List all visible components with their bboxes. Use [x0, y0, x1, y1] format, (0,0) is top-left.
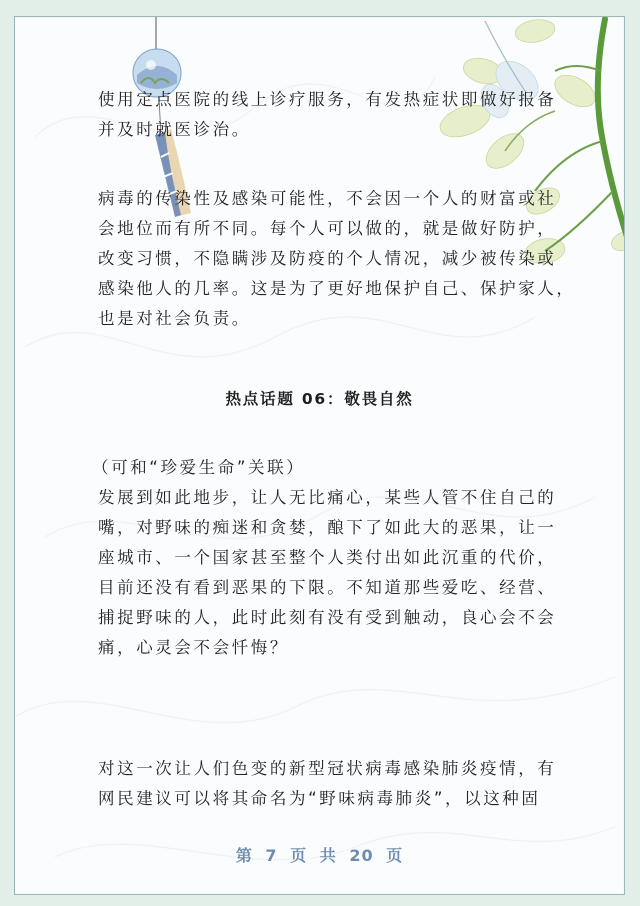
text-line: 捕捉野味的人，此时此刻有没有受到触动，良心会不会	[98, 603, 568, 633]
text-line: 会地位而有所不同。每个人可以做的，就是做好防护，	[98, 214, 568, 244]
text-line: 也是对社会负责。	[98, 304, 568, 334]
current-page: 7	[265, 846, 277, 865]
page-suffix: 页	[386, 846, 403, 865]
paragraph-3: （可和“珍爱生命”关联） 发展到如此地步，让人无比痛心，某些人管不住自己的 嘴，…	[98, 453, 568, 663]
text-line: 改变习惯，不隐瞒涉及防疫的个人情况，减少被传染或	[98, 244, 568, 274]
total-word: 共	[320, 846, 337, 865]
text-line: 网民建议可以将其命名为“野味病毒肺炎”，以这种固	[98, 784, 568, 814]
text-line: 对这一次让人们色变的新型冠状病毒感染肺炎疫情，有	[98, 754, 568, 784]
text-line: 嘴，对野味的痴迷和贪婪，酿下了如此大的恶果，让一	[98, 513, 568, 543]
text-line: 使用定点医院的线上诊疗服务，有发热症状即做好报备	[98, 85, 568, 115]
text-line-note: （可和“珍爱生命”关联）	[92, 453, 568, 483]
text-line: 痛，心灵会不会忏悔？	[98, 633, 568, 663]
page-prefix: 第	[236, 846, 253, 865]
paragraph-1: 使用定点医院的线上诊疗服务，有发热症状即做好报备 并及时就医诊治。	[98, 85, 568, 145]
total-pages: 20	[349, 846, 373, 865]
page-frame: 使用定点医院的线上诊疗服务，有发热症状即做好报备 并及时就医诊治。 病毒的传染性…	[14, 16, 625, 895]
text-line: 发展到如此地步，让人无比痛心，某些人管不住自己的	[98, 483, 568, 513]
text-line: 座城市、一个国家甚至整个人类付出如此沉重的代价，	[98, 543, 568, 573]
section-heading: 热点话题 06：敬畏自然	[15, 387, 624, 409]
paragraph-2: 病毒的传染性及感染可能性，不会因一个人的财富或社 会地位而有所不同。每个人可以做…	[98, 184, 568, 334]
page-number: 第 7 页 共 20 页	[15, 843, 624, 866]
text-line: 并及时就医诊治。	[98, 115, 568, 145]
text-line: 病毒的传染性及感染可能性，不会因一个人的财富或社	[98, 184, 568, 214]
page-word: 页	[290, 846, 307, 865]
text-line: 感染他人的几率。这是为了更好地保护自己、保护家人，	[98, 274, 568, 304]
paragraph-4: 对这一次让人们色变的新型冠状病毒感染肺炎疫情，有 网民建议可以将其命名为“野味病…	[98, 754, 568, 814]
text-line: 目前还没有看到恶果的下限。不知道那些爱吃、经营、	[98, 573, 568, 603]
